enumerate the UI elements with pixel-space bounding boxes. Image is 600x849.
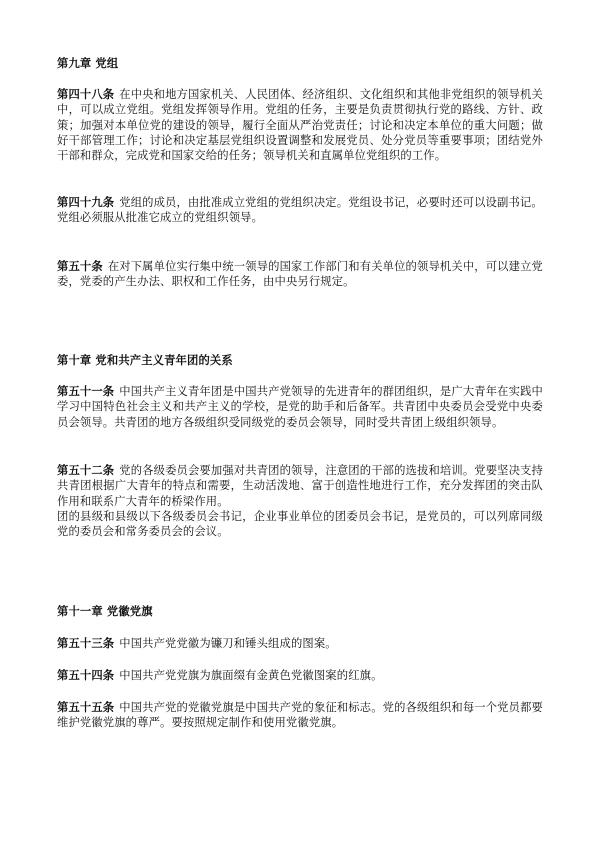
article-52: 第五十二条党的各级委员会要加强对共青团的领导，注意团的干部的选拔和培训。党要坚决…	[57, 463, 543, 539]
article-text: 中国共产主义青年团是中国共产党领导的先进青年的群团组织，是广大青年在实践中学习中…	[57, 385, 543, 429]
article-51: 第五十一条中国共产主义青年团是中国共产党领导的先进青年的群团组织，是广大青年在实…	[57, 384, 543, 430]
article-label: 第五十二条	[57, 464, 114, 477]
article-label: 第四十九条	[57, 196, 114, 209]
article-text: 中国共产党的党徽党旗是中国共产党的象征和标志。党的各级组织和每一个党员都要维护党…	[57, 701, 543, 729]
article-label: 第五十一条	[57, 385, 114, 398]
article-53: 第五十三条中国共产党党徽为镰刀和锤头组成的图案。	[57, 636, 543, 651]
article-49: 第四十九条党组的成员，由批准成立党组的党组织决定。党组设书记，必要时还可以设副书…	[57, 195, 543, 226]
article-55: 第五十五条中国共产党的党徽党旗是中国共产党的象征和标志。党的各级组织和每一个党员…	[57, 700, 543, 731]
article-label: 第五十三条	[57, 637, 114, 650]
article-50: 第五十条在对下属单位实行集中统一领导的国家工作部门和有关单位的领导机关中，可以建…	[57, 259, 543, 290]
article-48: 第四十八条在中央和地方国家机关、人民团体、经济组织、文化组织和其他非党组织的领导…	[57, 87, 543, 163]
article-label: 第五十四条	[57, 669, 114, 682]
article-text: 党组的成员，由批准成立党组的党组织决定。党组设书记，必要时还可以设副书记。	[119, 196, 543, 209]
chapter-11-title: 第十一章 党徽党旗	[57, 604, 543, 619]
article-label: 第五十条	[57, 260, 103, 273]
article-text: 党的各级委员会要加强对共青团的领导，注意团的干部的选拔和培训。党要坚决支持共青团…	[57, 464, 543, 508]
article-text: 在中央和地方国家机关、人民团体、经济组织、文化组织和其他非党组织的领导机关中，可…	[57, 88, 543, 162]
article-label: 第五十五条	[57, 701, 114, 714]
chapter-10-title: 第十章 党和共产主义青年团的关系	[57, 353, 543, 368]
article-text: 中国共产党党徽为镰刀和锤头组成的图案。	[119, 637, 337, 650]
article-text: 在对下属单位实行集中统一领导的国家工作部门和有关单位的领导机关中，可以建立党委，…	[57, 260, 543, 288]
article-text: 中国共产党党旗为旗面缀有金黄色党徽图案的红旗。	[119, 669, 382, 682]
article-text: 党组必须服从批准它成立的党组织领导。	[57, 210, 543, 225]
article-54: 第五十四条中国共产党党旗为旗面缀有金黄色党徽图案的红旗。	[57, 668, 543, 683]
chapter-9-title: 第九章 党组	[57, 56, 543, 71]
article-label: 第四十八条	[57, 88, 114, 101]
article-text: 团的县级和县级以下各级委员会书记，企业事业单位的团委员会书记，是党员的，可以列席…	[57, 509, 543, 540]
